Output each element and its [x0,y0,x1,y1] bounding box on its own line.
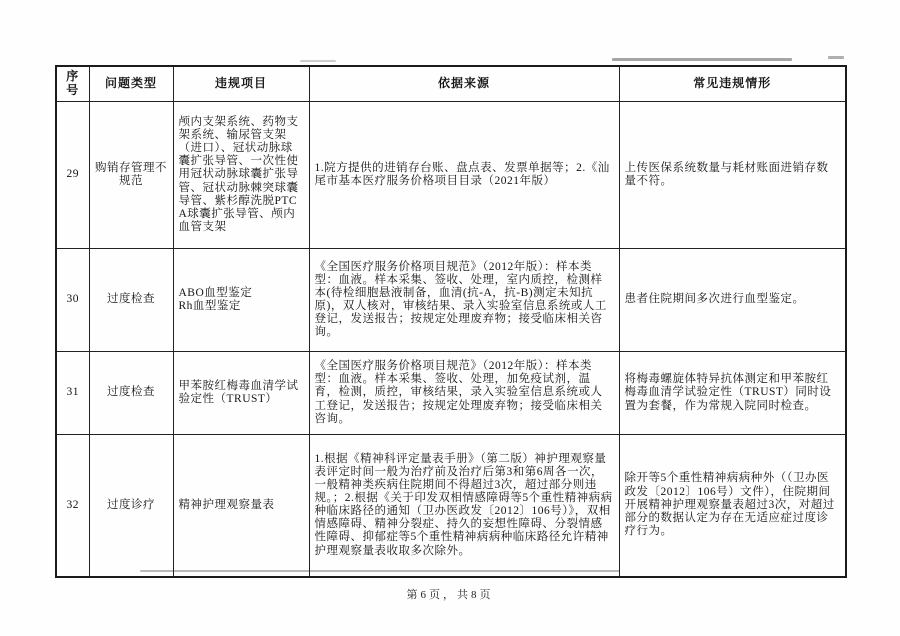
scan-artifact [828,56,844,59]
table-row: 32 过度诊疗 精神护理观察量表 1.根据《精神科评定量表手册》（第二版）神护理… [56,435,846,577]
cell-problem-type: 过度检查 [89,352,173,435]
scan-artifact [612,58,792,61]
cell-basis-source: 《全国医疗服务价格项目规范》（2012年版）：样本类型：血液。样本采集、签收、处… [309,249,619,352]
document-page: 序号 问题类型 违规项目 依据来源 常见违规情形 29 购销存管理不规范 颅内支… [0,0,900,636]
cell-violation-item: 精神护理观察量表 [173,435,309,577]
table-header-row: 序号 问题类型 违规项目 依据来源 常见违规情形 [56,66,846,102]
table-row: 31 过度检查 甲苯胺红梅毒血清学试验定性（TRUST） 《全国医疗服务价格项目… [56,352,846,435]
cell-problem-type: 过度检查 [89,249,173,352]
cell-seq: 29 [56,102,89,249]
column-header-problem-type: 问题类型 [89,66,173,102]
violations-table: 序号 问题类型 违规项目 依据来源 常见违规情形 29 购销存管理不规范 颅内支… [55,65,847,578]
table-row: 30 过度检查 ABO血型鉴定 Rh血型鉴定 《全国医疗服务价格项目规范》（20… [56,249,846,352]
cell-seq: 31 [56,352,89,435]
cell-seq: 32 [56,435,89,577]
cell-seq: 30 [56,249,89,352]
column-header-basis-source: 依据来源 [309,66,619,102]
column-header-seq: 序号 [56,66,89,102]
cell-basis-source: 1.根据《精神科评定量表手册》（第二版）神护理观察量表评定时间一般为治疗前及治疗… [309,435,619,577]
column-header-violation-item: 违规项目 [173,66,309,102]
cell-problem-type: 过度诊疗 [89,435,173,577]
cell-common-violation: 患者住院期间多次进行血型鉴定。 [619,249,846,352]
cell-violation-item: 颅内支架系统、药物支架系统、输尿管支架（进口）、冠状动脉球囊扩张导管、一次性使用… [173,102,309,249]
table-row: 29 购销存管理不规范 颅内支架系统、药物支架系统、输尿管支架（进口）、冠状动脉… [56,102,846,249]
cell-common-violation: 将梅毒螺旋体特异抗体测定和甲苯胺红梅毒血清学试验定性（TRUST）同时设置为套餐… [619,352,846,435]
cell-basis-source: 《全国医疗服务价格项目规范》（2012年版）：样本类型：血液。样本采集、签收、处… [309,352,619,435]
column-header-common-violation: 常见违规情形 [619,66,846,102]
page-footer: 第6页，共8页 [0,586,900,602]
scan-artifact [300,60,336,62]
cell-violation-item: 甲苯胺红梅毒血清学试验定性（TRUST） [173,352,309,435]
cell-common-violation: 上传医保系统数量与耗材账面进销存数量不符。 [619,102,846,249]
cell-violation-item: ABO血型鉴定 Rh血型鉴定 [173,249,309,352]
cell-problem-type: 购销存管理不规范 [89,102,173,249]
cell-common-violation: 除开等5个重性精神病病种外（（卫办医政发〔2012〕106号）文件），住院期间开… [619,435,846,577]
cell-basis-source: 1.院方提供的进销存台账、盘点表、发票单据等；2.《汕尾市基本医疗服务价格项目目… [309,102,619,249]
